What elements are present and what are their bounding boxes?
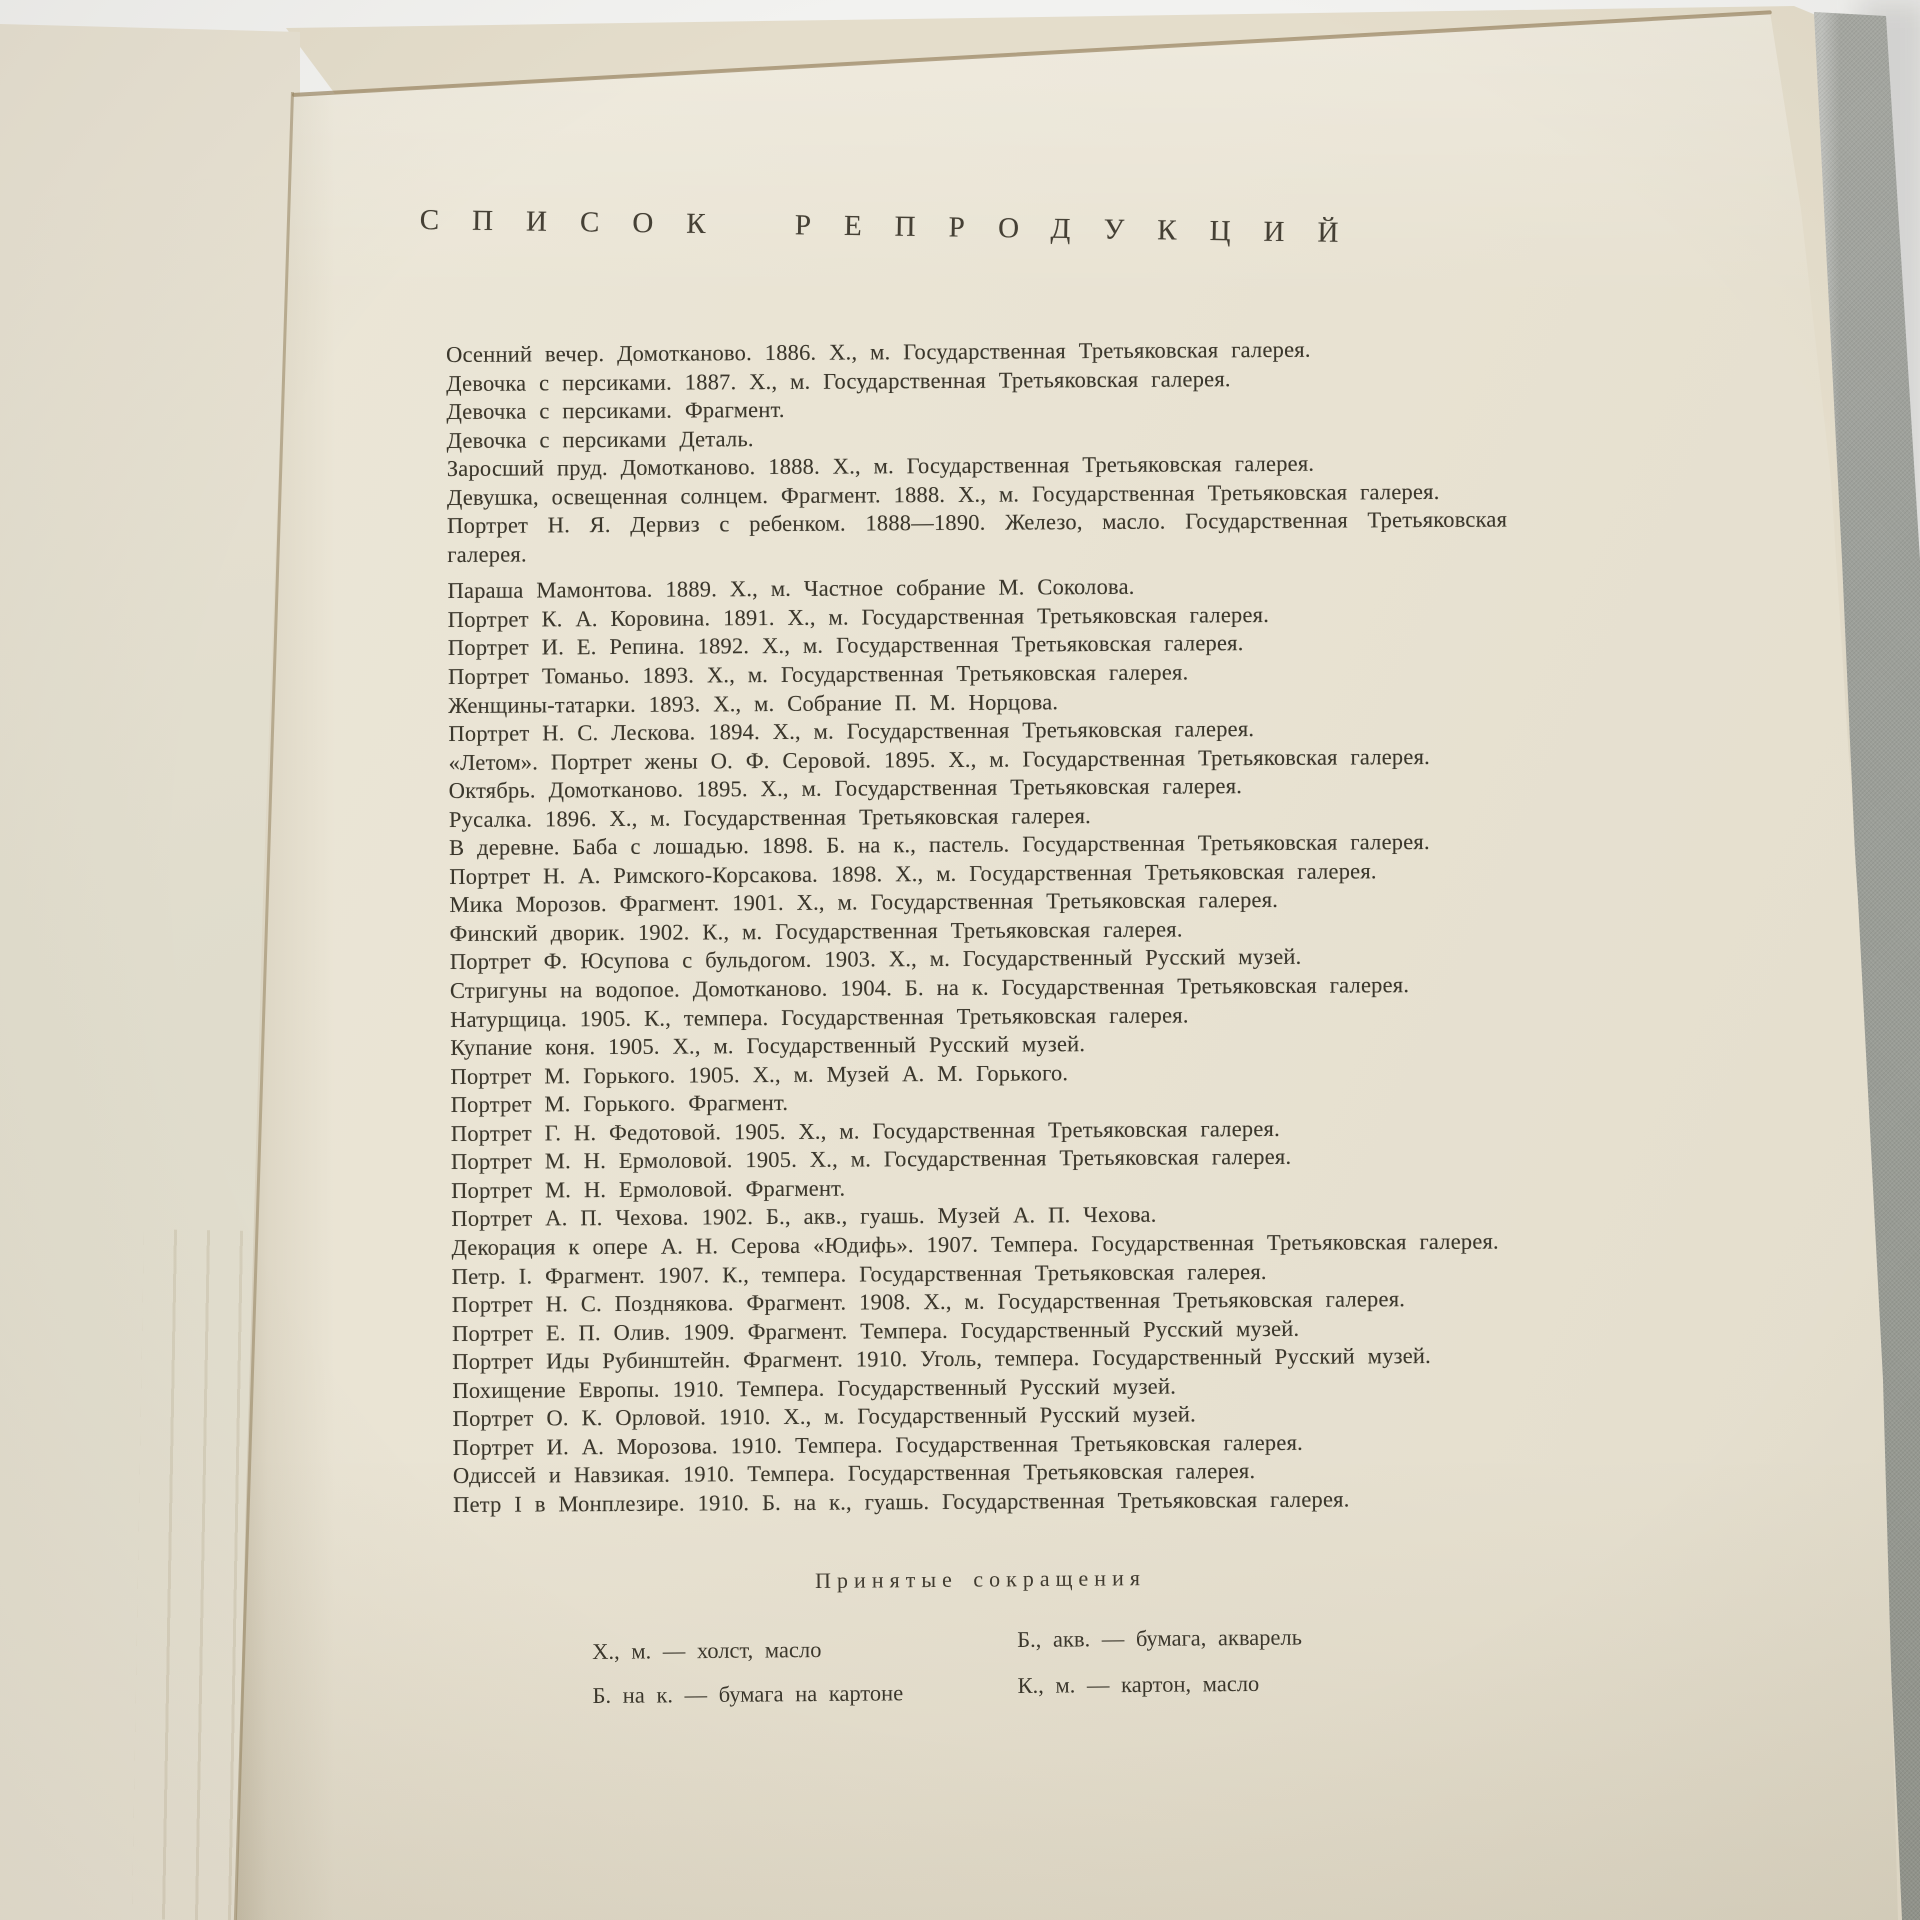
abbreviations-heading: Принятые сокращения	[815, 1565, 1146, 1594]
abbreviation-item: К., м. — картон, масло	[1017, 1661, 1302, 1709]
abbreviation-item: Х., м. — холст, масло	[592, 1627, 903, 1674]
page-title: СПИСОК РЕПРОДУКЦИЙ	[420, 204, 1372, 250]
abbreviations-right-column: Б., акв. — бумага, акварельК., м. — карт…	[1017, 1615, 1303, 1709]
catalog-entry: Портрет Н. Я. Дервиз с ребенком. 1888—18…	[447, 506, 1507, 570]
catalog-entry: Петр I в Монплезире. 1910. Б. на к., гуа…	[453, 1484, 1513, 1519]
page-content: СПИСОК РЕПРОДУКЦИЙ Осенний вечер. Домотк…	[0, 0, 1920, 1920]
abbreviation-item: Б. на к. — бумага на картоне	[592, 1671, 903, 1718]
abbreviations-left-column: Х., м. — холст, маслоБ. на к. — бумага н…	[592, 1627, 903, 1718]
abbreviation-item: Б., акв. — бумага, акварель	[1017, 1615, 1302, 1663]
book-photo: СПИСОК РЕПРОДУКЦИЙ Осенний вечер. Домотк…	[0, 0, 1920, 1920]
reproduction-list: Осенний вечер. Домотканово. 1886. Х., м.…	[446, 335, 1513, 1520]
